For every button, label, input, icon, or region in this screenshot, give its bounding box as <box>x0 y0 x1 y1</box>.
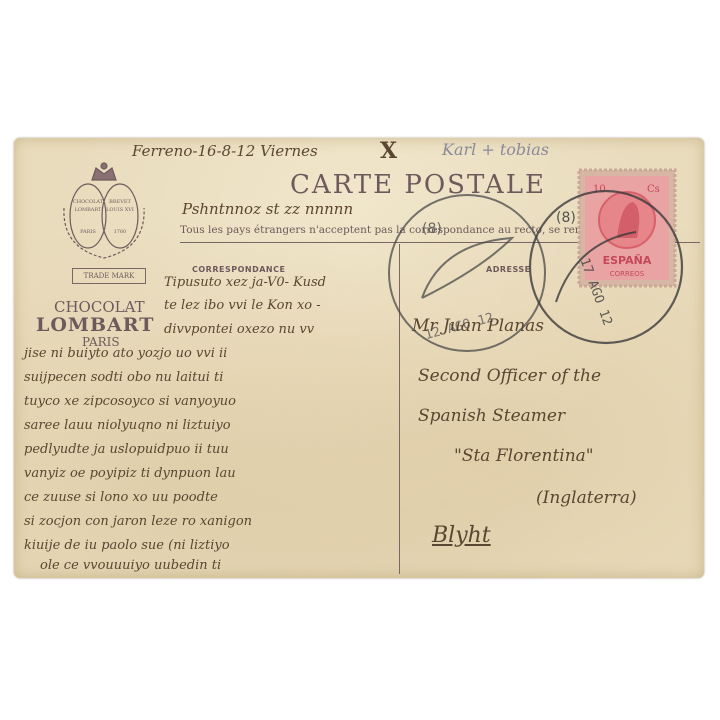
svg-text:BREVET: BREVET <box>109 199 131 205</box>
brand-line-2: LOMBART <box>36 314 154 336</box>
greeting-line: Pshntnnoz st zz nnnnn <box>182 200 353 218</box>
corr-line: ce zuuse si lono xo uu poodte <box>24 490 218 505</box>
svg-text:CHOCOLAT: CHOCOLAT <box>73 199 104 205</box>
corr-line: kiuije de iu paolo sue (ni liztiyo <box>24 538 230 553</box>
trademark-banner: TRADE MARK <box>72 268 146 284</box>
svg-text:1760: 1760 <box>114 229 127 235</box>
svg-text:17 AGO 12: 17 AGO 12 <box>577 256 615 327</box>
pencil-note: Karl + tobias <box>442 140 549 159</box>
corr-line: jise ni buiyto ato yozjo uo vvi ii <box>24 346 227 361</box>
postcard: Karl + tobias Ferreno-16-8-12 Viernes X … <box>14 138 704 578</box>
corr-line: te lez ibo vvi le Kon xo - <box>164 298 321 313</box>
svg-text:12 AGO 12: 12 AGO 12 <box>423 310 495 343</box>
address-line: Second Officer of the <box>418 366 601 386</box>
corr-line: vanyiz oe poyipiz ti dynpuon lau <box>24 466 236 481</box>
address-line: Blyht <box>432 523 491 548</box>
corr-line: tuyco xe zipcosoyco si vanyoyuo <box>24 394 236 409</box>
address-line: "Sta Florentina" <box>454 446 594 466</box>
svg-text:LOUIS XVI: LOUIS XVI <box>106 207 134 213</box>
corr-line: pedlyudte ja uslopuidpuo ii tuu <box>24 442 229 457</box>
header-mark: X <box>380 138 397 164</box>
corr-line: saree lauu niolyuqno ni liztuiyo <box>24 418 231 433</box>
brand-crest-icon: CHOCOLATLOMBARTPARIS BREVETLOUIS XVI1760 <box>54 158 154 273</box>
address-line: (Inglaterra) <box>536 488 637 508</box>
header-handwriting: Ferreno-16-8-12 Viernes <box>132 142 318 160</box>
corr-line: divvpontei oxezo nu vv <box>164 322 314 337</box>
postmark-right: (8) 17 AGO 12 <box>526 182 686 352</box>
address-line: Spanish Steamer <box>418 406 565 426</box>
svg-text:(8): (8) <box>422 221 442 237</box>
corr-line: Tipusuto xez ja-V0- Kusd <box>164 275 326 290</box>
corr-line: si zocjon con jaron leze ro xanigon <box>24 514 252 529</box>
corr-line: ole ce vvouuuiyo uubedin ti <box>40 558 221 573</box>
svg-text:PARIS: PARIS <box>80 229 96 235</box>
svg-text:LOMBART: LOMBART <box>75 207 103 213</box>
corr-line: suijpecen sodti obo nu laitui ti <box>24 370 223 385</box>
svg-text:(8): (8) <box>556 210 576 226</box>
correspondence-label: CORRESPONDANCE <box>192 265 285 274</box>
